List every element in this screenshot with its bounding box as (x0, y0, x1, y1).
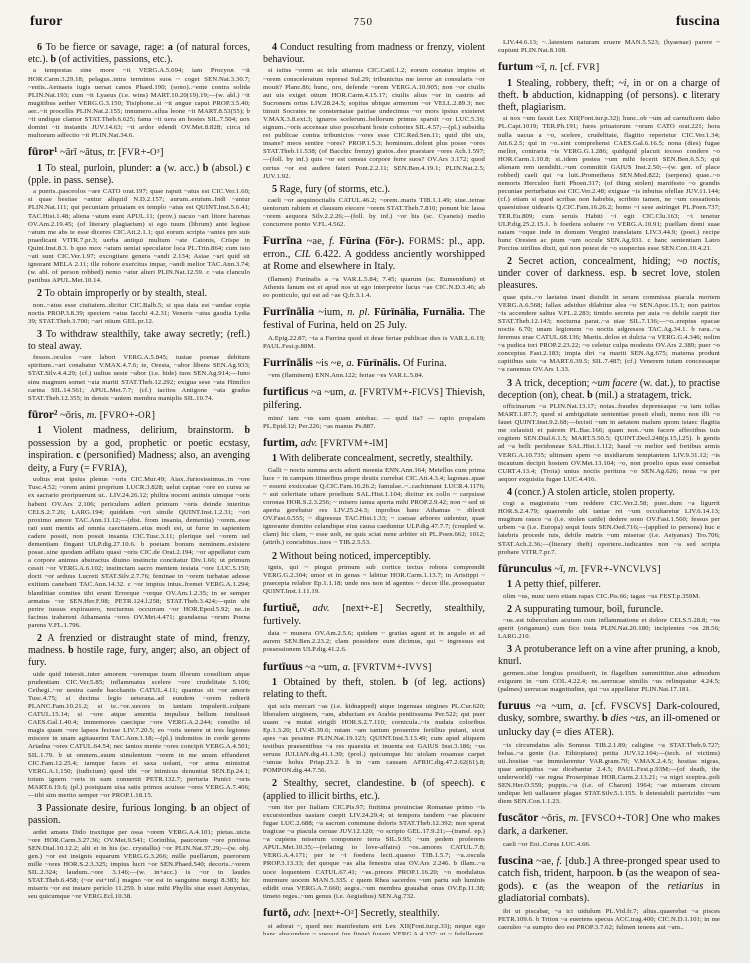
furor1-verb-sense-6: 6 To be fierce or savage, rage: a (of na… (28, 42, 250, 66)
furunculus-sense-2-citations: ~us..est tuberculum acutum cum inflammat… (498, 617, 720, 641)
entry-furunculus: fūrunculus ~ī, m. [FVR+-VNCVLVS] (498, 563, 720, 577)
furunculus-sense-2: 2 A suppurating tumour, boil, furuncle. (498, 604, 720, 616)
furtim-sense-2: 2 Without being noticed, imperceptibly. (263, 551, 485, 563)
furrina-citations: (flamen) Furinalis a ~a VAR.L.5.84; 7.45… (263, 276, 485, 300)
text-columns: 6 To be fierce or savage, rage: a (of na… (28, 39, 722, 935)
furor1-sense-2: 2 To obtain improperly or by stealth, st… (28, 288, 250, 300)
furor1-sense-1: 1 To steal, purloin, plunder: a (w. acc.… (28, 163, 250, 187)
page-number: 750 (353, 16, 373, 28)
entry-furtim: furtim, adv. [FVRTVM+-IM] (263, 437, 485, 451)
furrinalia-citations: A.Epig.22.87; ~ia a Furrina quod ei deae… (263, 335, 485, 351)
fuscina-citations: ibi ut piscabar, ~a ici uidulum PL.Vid.f… (498, 908, 720, 932)
furtum-sense-1: 1 Stealing, robbery, theft; ~i, in or on… (498, 78, 720, 115)
furor1-sense-2-citations: non..~atus esse ciuitatem..dicitur CIC.B… (28, 302, 250, 326)
entry-furtiue: furtiuē, adv. [next+-E] Secretly, stealt… (263, 602, 485, 628)
furor2-sense-3: 3 Passionate desire, furious longing. b … (28, 803, 250, 827)
furunculus-sense-1-citations: olim ~us, nunc uero etiam rapax CIC.Pis.… (498, 593, 720, 601)
furor2-sense-3-citations: ardet amans Dido traxitque per ossa ~ore… (28, 829, 250, 902)
furor2-sense-1-citations: uoltus erat ipsius plenus ~oris CIC.Mur.… (28, 476, 250, 630)
furor2-sense-4-citations: si istius ~orem ac tela uitamus CIC.Cati… (263, 67, 485, 180)
furtum-sense-1-citations: si nox ~um faxsit Lex XII(Font.iur.p.32)… (498, 115, 720, 253)
entry-furtum: furtum ~ī, n. [cf. FVR] (498, 61, 720, 75)
entry-furrina: Furrīna ~ae, f. Fūrīna (Fōr-). FORMS: pl… (263, 235, 485, 274)
furtiuus-sense-1: 1 Obtained by theft, stolen. b (of leg. … (263, 677, 485, 701)
furor2-sense-5: 5 Rage, fury (of storms, etc.). (263, 184, 485, 196)
column-3: LIV.44.6.13; ~..latentem naturam eruere … (498, 39, 720, 935)
furtiue-citations: data ~ munera OV.Am.2.5.6; quidam ~ grat… (263, 630, 485, 654)
furtificus-citations: minu' iam ~us sum quam antehac. — quid i… (263, 415, 485, 431)
furto-citations-continued: LIV.44.6.13; ~..latentem naturam eruere … (498, 39, 720, 55)
furor2-sense-1: 1 Violent madness, delirium, brainstorm.… (28, 425, 250, 475)
entry-furuus: furuus ~a ~um, a. [cf. FVSCVS] Dark-colo… (498, 700, 720, 740)
furor1-sense-3: 3 To withdraw stealthily, take away secr… (28, 329, 250, 353)
furor2-sense-5-citations: caeli ~or aequinoctialis CATUL.46.2; ~or… (263, 197, 485, 229)
column-2: 4 Conduct resulting from madness or fren… (263, 39, 485, 935)
furtum-sense-3: 3 A trick, deception; ~um facere (w. dat… (498, 378, 720, 402)
furunculus-sense-3: 3 A protuberance left on a vine after pr… (498, 644, 720, 668)
furunculus-sense-1: 1 A petty thief, pilferer. (498, 579, 720, 591)
furrinalis-citations: ~em (flaminem) ENN.Ann.122; feriae ~es V… (263, 372, 485, 380)
furunculus-sense-3-citations: germen..siue longius prosiluerit, in fla… (498, 670, 720, 694)
furtum-sense-3-citations: officinarum ~a PLIN.Nat.13.17; notas..fr… (498, 403, 720, 484)
fuscator-citations: caeli ~or Eoi..Corus LUC.4.66. (498, 841, 720, 849)
furtim-sense-2-citations: ignis, qui ~ pingui primum sub cortice t… (263, 564, 485, 596)
entry-furor1: fūror¹ ~ārī ~ātus, tr. [FVR+-O³] (28, 146, 250, 160)
entry-furrinalia: Furrīnālia ~ium, n. pl. Fūrīnālia, Furnā… (263, 306, 485, 332)
entry-furrinalis: Furrīnālis ~is ~e, a. Fūrīnālis. Of Furi… (263, 357, 485, 371)
entry-fuscina: fuscina ~ae, f. [dub.] A three-pronged s… (498, 855, 720, 906)
running-head: furor 750 fuscina (28, 14, 722, 30)
running-head-right-word: fuscina (676, 14, 720, 30)
entry-furto: furtō, adv. [next+-O²] Secretly, stealth… (263, 907, 485, 921)
furor1-sense-1-citations: a pueris..pasceolos ~are CATO orat.197; … (28, 188, 250, 285)
furto-citations: si adorat ~, quod nec manifestum erit Le… (263, 923, 485, 935)
furor1-sense-3-citations: fessos..oculos ~are labori VERG.A.5.845;… (28, 354, 250, 403)
furor1-verb-sense-6-citations: a tempestas sine more ~it VERG.A.5.694; … (28, 67, 250, 140)
furtim-sense-1: 1 With deliberate concealment, secretly,… (263, 453, 485, 465)
furtum-sense-2-citations: quae quis..~o laetatus inani distulit in… (498, 294, 720, 375)
entry-fuscator: fuscātor ~ōris, m. [FVSCO+-TOR] One who … (498, 812, 720, 838)
entry-furtiuus: furtīuus ~a ~um, a. [FVRTVM+-IVVS] (263, 661, 485, 675)
furor2-sense-2: 2 A frenzied or distraught state of mind… (28, 633, 250, 670)
column-1: 6 To be fierce or savage, rage: a (of na… (28, 39, 250, 935)
furuus-citations: ~is circumdatus alis Somnus TIB.2.1.89; … (498, 742, 720, 807)
furor2-sense-2-citations: uide quid intersit..inter amorem ~oremqu… (28, 671, 250, 801)
furtum-sense-4-citations: cogi a magistratu ~um reddere CIC.Ver.2.… (498, 500, 720, 557)
entry-furor2: fūror² ~ōris, m. [FVRO+-OR] (28, 409, 250, 423)
furor2-sense-4: 4 Conduct resulting from madness or fren… (263, 42, 485, 66)
dictionary-page: furor 750 fuscina 6 To be fierce or sava… (0, 0, 750, 963)
running-head-left-word: furor (30, 14, 63, 30)
furtum-sense-2: 2 Secret action, concealment, hiding; ~o… (498, 256, 720, 293)
entry-furtificus: furtificus ~a ~um, a. [FVRTVM+-FICVS] Th… (263, 386, 485, 412)
furtim-sense-1-citations: Galli ~ noctu summa arcis adorti moenia … (263, 467, 485, 548)
furtiuus-sense-1-citations: qui scis mercari ~as (i.e. kidnapped) at… (263, 703, 485, 776)
furtiuus-sense-2: 2 Stealthy, secret, clandestine. b (of s… (263, 778, 485, 802)
furtiuus-sense-2-citations: ~um iter per Italiam CIC.Pis.97; finitim… (263, 804, 485, 901)
furtum-sense-4: 4 (concr.) A stolen article, stolen prop… (498, 487, 720, 499)
